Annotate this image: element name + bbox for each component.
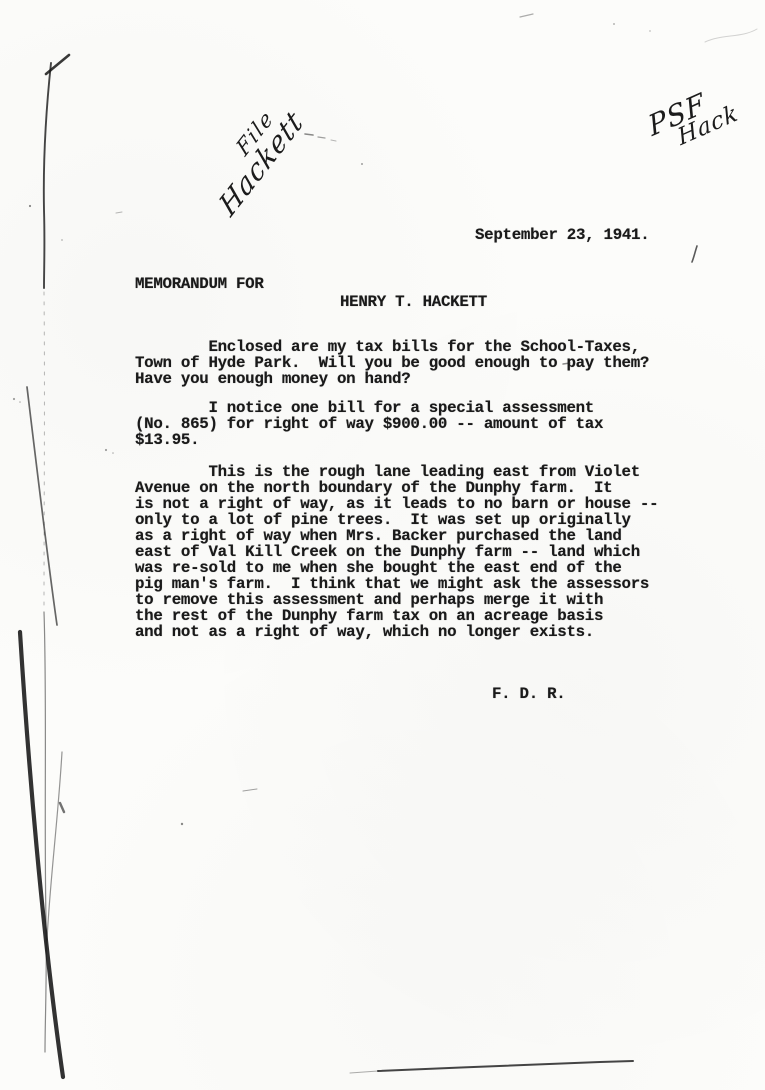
handwritten-psf-note: PSF Hack (632, 60, 765, 208)
tick-mark-artifact (46, 55, 69, 74)
fold-line-upper (44, 63, 51, 288)
bottom-crease-line (378, 1061, 633, 1071)
speck-dot-1 (613, 23, 615, 25)
speck-dot-3 (29, 205, 31, 207)
speck-dot-8 (361, 163, 363, 165)
left-speck-dash (116, 212, 122, 213)
memo-paragraph-2: I notice one bill for a special assessme… (135, 400, 603, 448)
speck-dot-4 (13, 398, 15, 400)
memo-label: MEMORANDUM FOR (135, 276, 264, 292)
speck-dot-9 (181, 823, 183, 825)
speck-dot-6 (105, 449, 107, 451)
memo-signature-initials: F. D. R. (492, 686, 565, 702)
fold-line-branch (47, 752, 62, 940)
memo-paragraph-1: Enclosed are my tax bills for the School… (135, 339, 649, 387)
fold-line-thin-lower (44, 612, 46, 1052)
stray-apostrophe-mark (692, 246, 697, 262)
speck-dot-10 (61, 239, 63, 241)
memo-scan-page: File Hackett PSF Hack September 23, 1941… (0, 0, 765, 1090)
bottom-crease-ext (350, 1071, 378, 1073)
speck-dot-5 (19, 401, 21, 403)
speck-dot-7 (112, 452, 114, 454)
fold-line-mid (27, 387, 57, 625)
top-speck-dash (520, 14, 533, 17)
mid-speck-dash (243, 789, 257, 791)
left-blob-mark (60, 803, 64, 812)
handwritten-file-note-word2: Hackett (213, 45, 354, 224)
handwritten-file-note: File Hackett (193, 36, 392, 253)
corner-curve-mark (705, 29, 757, 42)
memo-date: September 23, 1941. (475, 227, 649, 243)
memo-paragraph-3: This is the rough lane leading east from… (135, 464, 658, 640)
speck-dot-2 (649, 30, 651, 32)
memo-recipient: HENRY T. HACKETT (340, 294, 487, 310)
fold-line-thick (20, 632, 63, 1077)
